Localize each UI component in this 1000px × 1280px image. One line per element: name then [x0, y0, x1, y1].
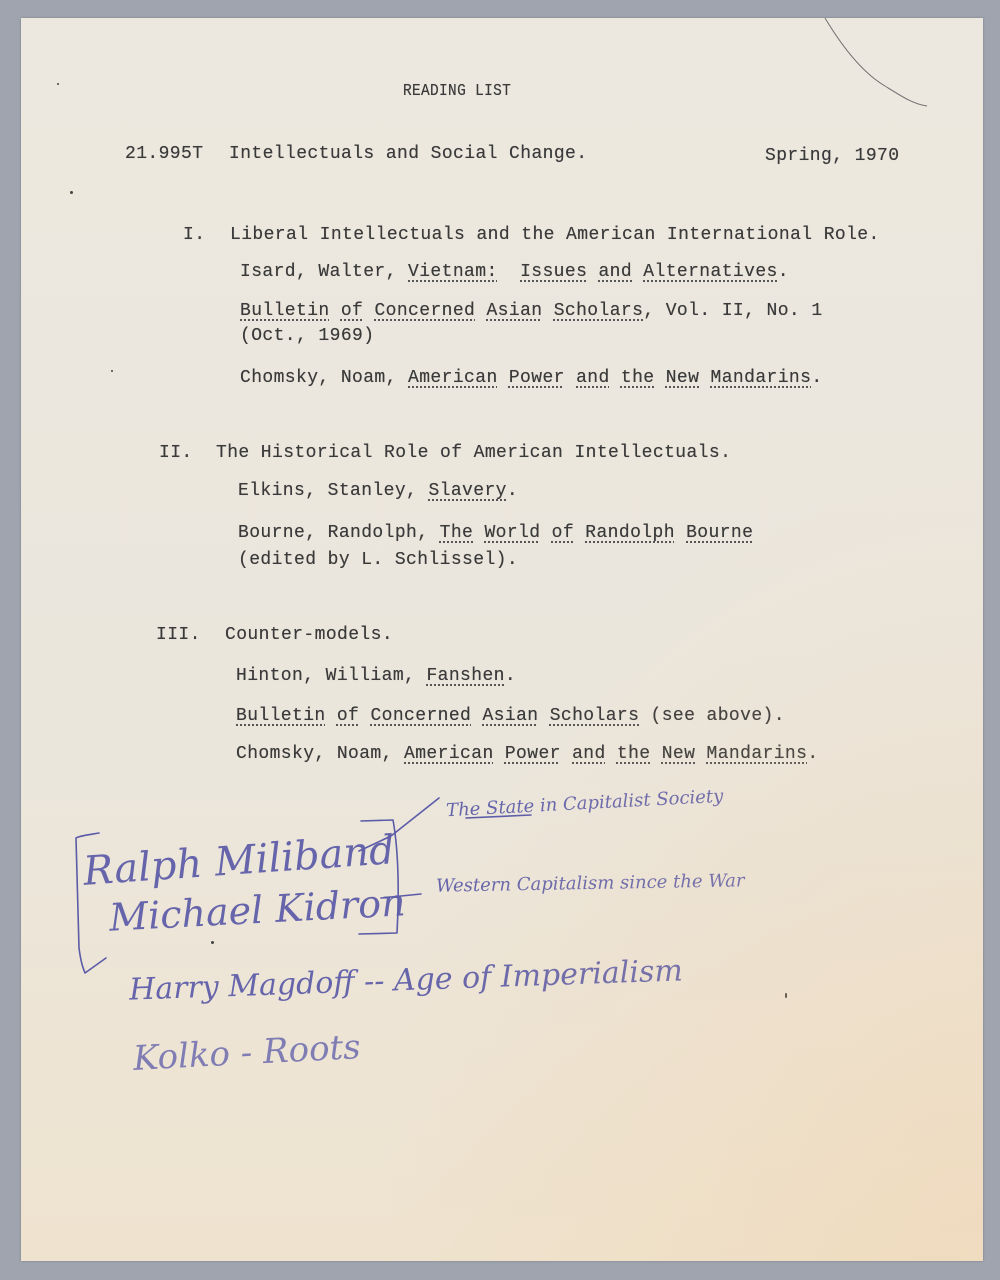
speck-mark	[211, 941, 214, 944]
speck-mark	[785, 993, 787, 998]
paper-sheet: READING LIST 21.995T Intellectuals and S…	[21, 18, 983, 1261]
speck-mark	[57, 83, 59, 85]
speck-mark	[111, 370, 113, 372]
speck-mark	[70, 191, 73, 194]
